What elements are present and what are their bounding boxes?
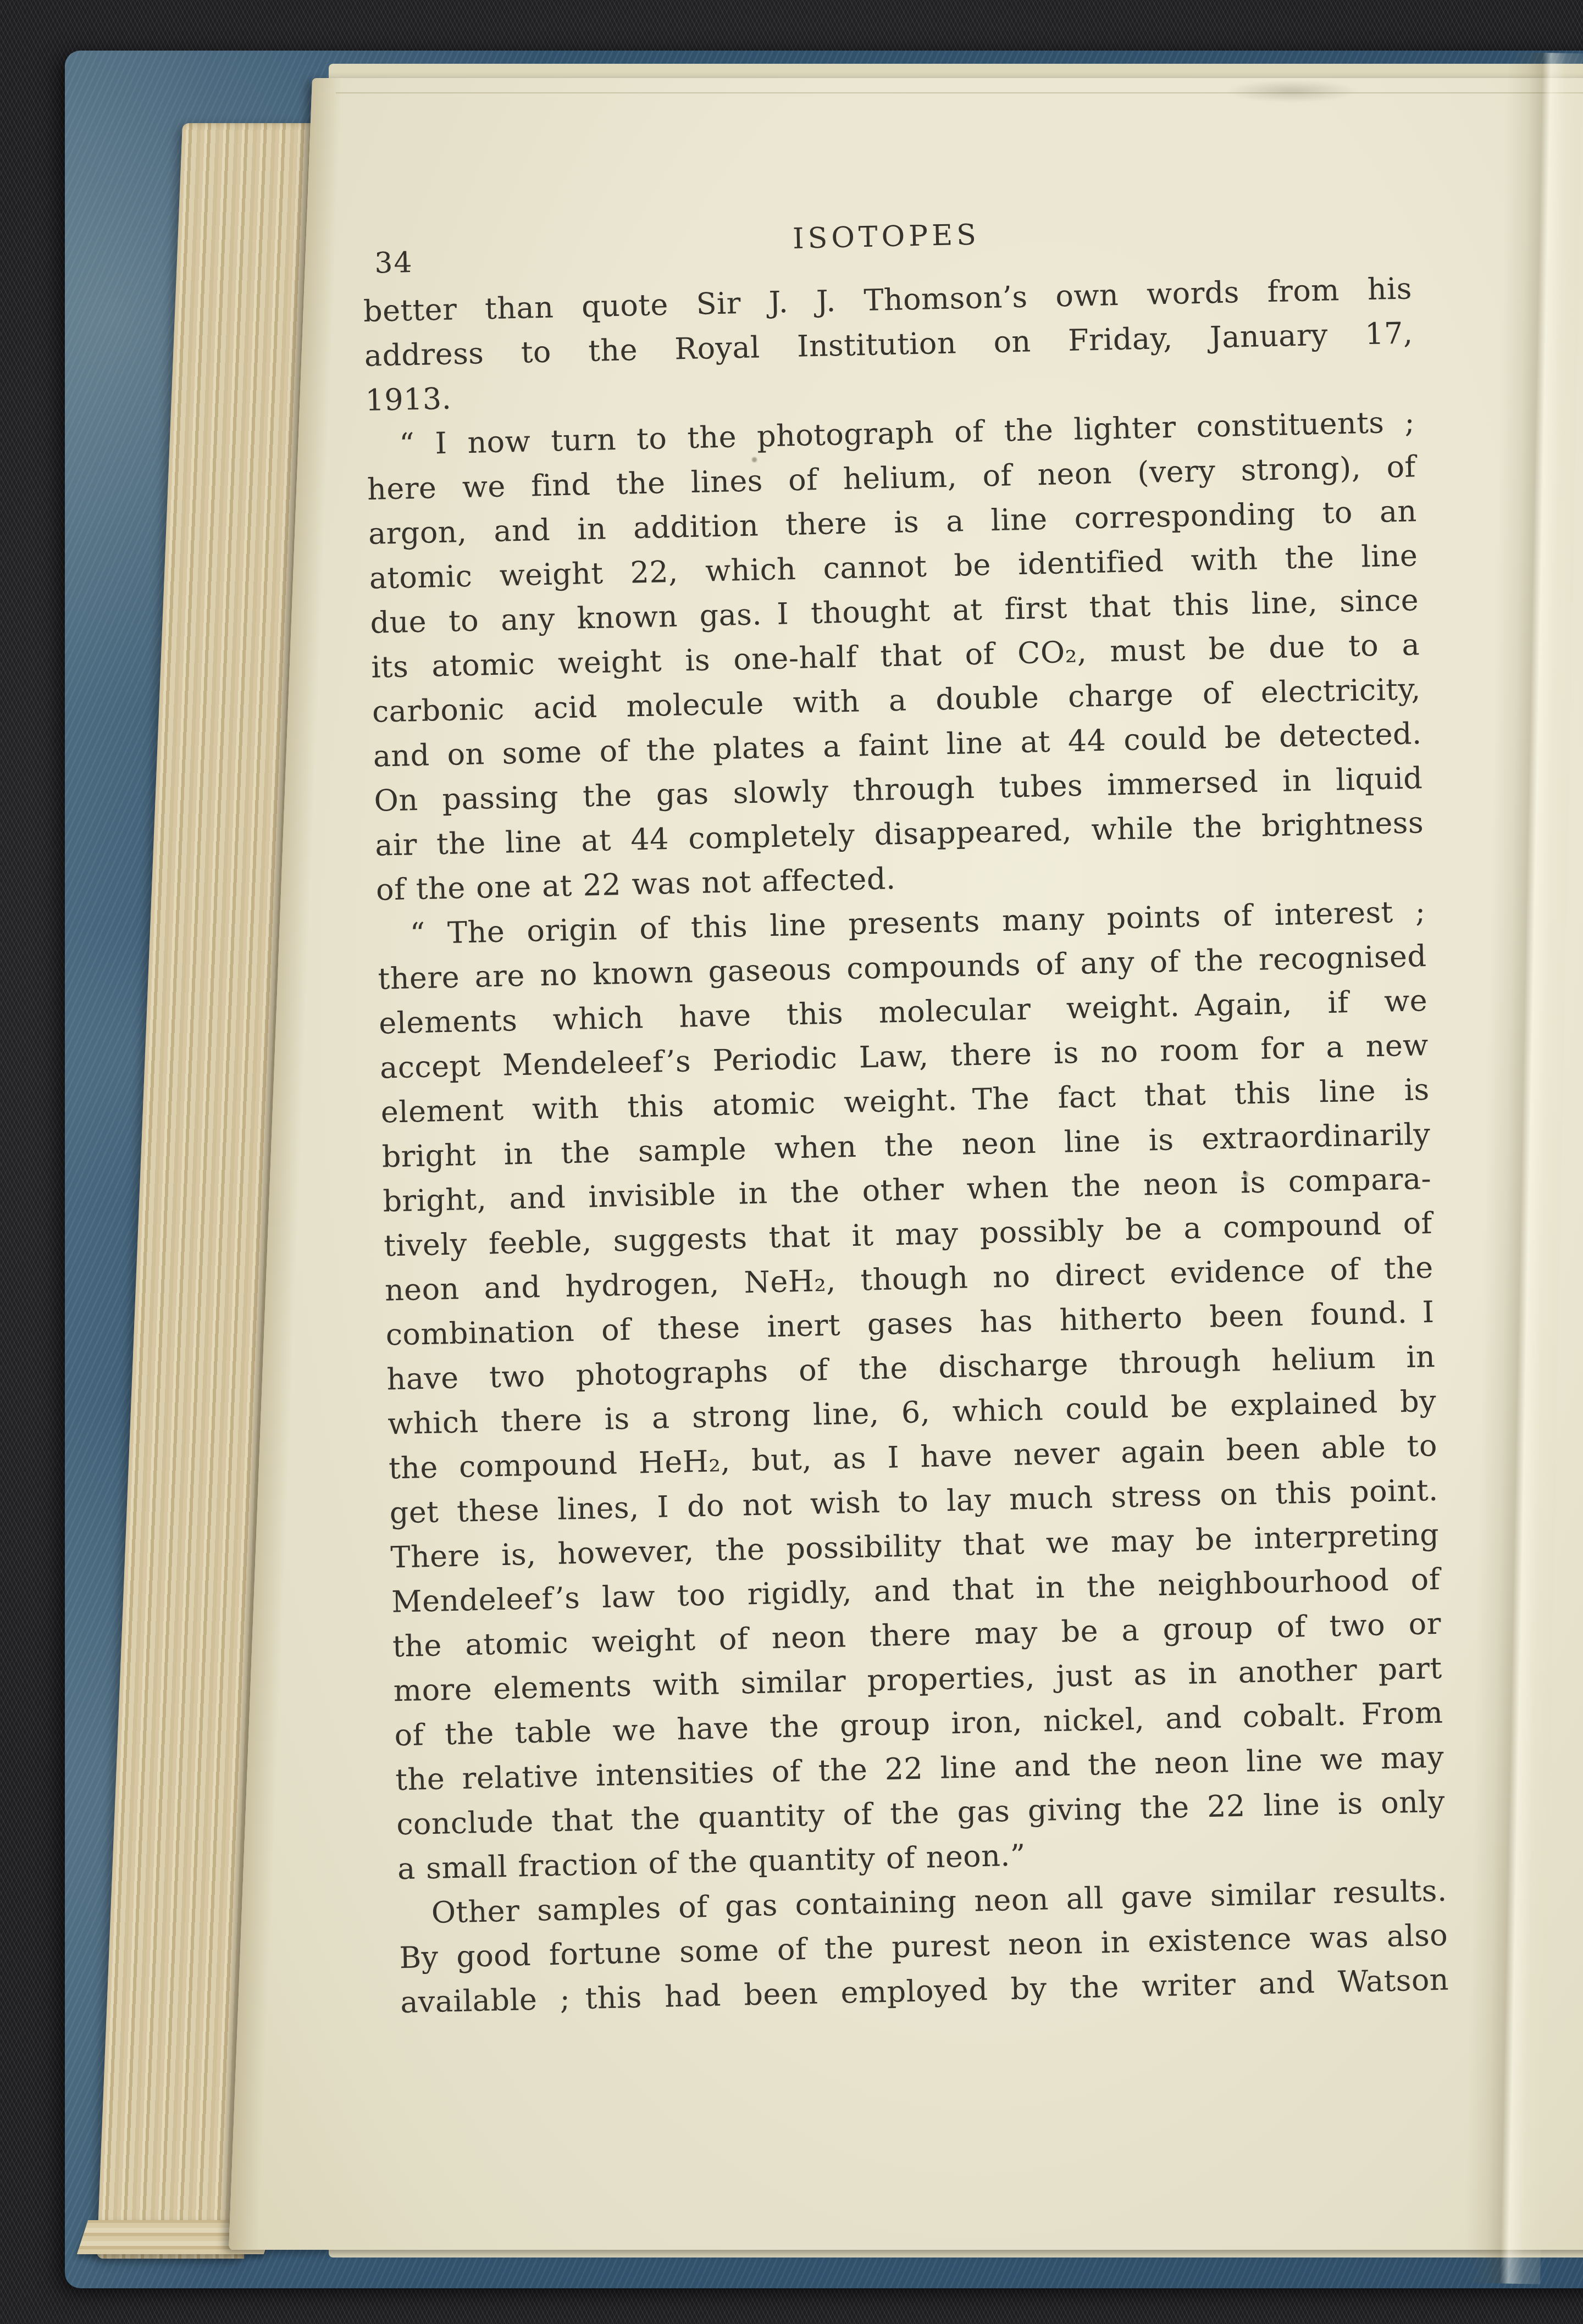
page-text: better than quote Sir J. J. Thomson’s ow… — [363, 266, 1449, 2025]
paper-smudge — [1226, 80, 1358, 102]
printed-text-block: 34 ISOTOPES better than quote Sir J. J. … — [362, 209, 1449, 2025]
